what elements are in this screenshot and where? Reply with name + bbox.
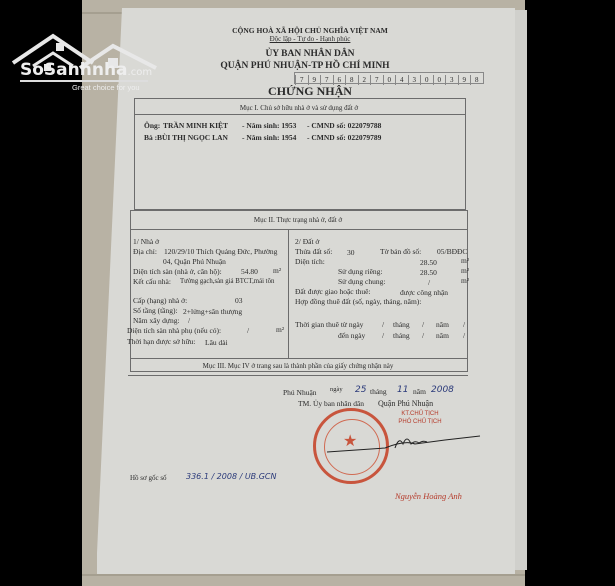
shared-use-label: Sử dụng chung:	[338, 277, 385, 286]
district-name: Quận Phú Nhuận	[378, 399, 433, 408]
serial-digit: 8	[470, 75, 483, 85]
map-label: Tờ bản đồ số:	[380, 247, 421, 256]
allocation-label: Đất được giao hoặc thuê:	[295, 287, 371, 296]
divider	[130, 229, 468, 230]
land-area-value: 28.50	[420, 258, 437, 267]
brand-domain: .com	[128, 67, 153, 78]
month-value: 11	[397, 385, 408, 395]
day-label: ngày	[330, 386, 343, 393]
place: Phú Nhuận	[283, 388, 317, 397]
owner-id-number: - CMND số: 022079789	[307, 133, 381, 142]
column-divider	[288, 230, 289, 358]
blank-value: /	[422, 331, 424, 340]
serial-digit: 0	[433, 75, 446, 85]
floor-area-value: 54.80	[241, 267, 258, 276]
serial-digit: 9	[458, 75, 471, 85]
owner-birth-year: - Năm sinh: 1954	[242, 133, 296, 142]
address-line1: 120/29/10 Thích Quảng Đức, Phường	[164, 247, 277, 256]
private-use-value: 28.50	[420, 268, 437, 277]
month-label: tháng	[370, 387, 387, 396]
map-value: 05/BĐĐC	[437, 247, 467, 256]
tile-grout	[82, 574, 525, 576]
blank-value: /	[463, 331, 465, 340]
signer-name: Nguyễn Hoàng Anh	[395, 491, 462, 501]
brand-name: SoSanhnha	[20, 60, 128, 80]
shared-use-value: /	[428, 278, 430, 287]
unit: m²	[461, 276, 469, 285]
unit: m²	[461, 256, 469, 265]
on-behalf: TM. Ủy ban nhân dân	[298, 399, 364, 408]
house-heading: 1/ Nhà ở	[133, 237, 159, 246]
authority: ỦY BAN NHÂN DÂN	[180, 49, 440, 59]
owner-name: TRẦN MINH KIỆT	[163, 121, 228, 130]
year-built-label: Năm xây dựng:	[133, 316, 180, 325]
unit: m²	[461, 266, 469, 275]
private-use-label: Sử dụng riêng:	[338, 267, 382, 276]
year-label: năm	[413, 387, 426, 396]
address-line2: 04, Quận Phú Nhuận	[163, 257, 226, 266]
divider	[130, 358, 468, 359]
motto: Độc lập - Tự do - Hạnh phúc	[180, 35, 440, 43]
allocation-value: được công nhận	[400, 288, 448, 297]
plot-label: Thửa đất số:	[295, 247, 332, 256]
floors-value: 2+lửng+sân thượng	[183, 307, 242, 316]
land-area-label: Diện tích:	[295, 257, 325, 266]
unit: m²	[273, 266, 281, 275]
floor-area-label: Diện tích sàn (nhà ở, căn hộ):	[133, 267, 222, 276]
record-number: 336.1 / 2008 / UB.GCN	[186, 472, 276, 481]
owner-prefix: Ông:	[144, 121, 160, 130]
structure-label: Kết cấu nhà:	[133, 277, 171, 286]
year-value: 2008	[431, 385, 454, 395]
ownership-term-value: Lâu dài	[205, 338, 228, 347]
owner-prefix: Bà :	[144, 133, 157, 142]
lease-contract-label: Hợp đồng thuê đất (số, ngày, tháng, năm)…	[295, 297, 421, 306]
nation-title: CỘNG HOÀ XÃ HỘI CHỦ NGHĨA VIỆT NAM	[180, 26, 440, 35]
structure-value: Tường gạch,sàn giả BTCT,mái tôn	[180, 278, 274, 285]
district-authority: QUẬN PHÚ NHUẬN-TP HỒ CHÍ MINH	[175, 61, 435, 71]
floors-label: Số tầng (tầng):	[133, 306, 178, 315]
aux-area-label: Diện tích sàn nhà phụ (nếu có):	[127, 326, 221, 335]
ownership-term-label: Thời hạn được sở hữu:	[127, 337, 195, 346]
logo-underline	[20, 80, 148, 82]
serial-digit: 3	[445, 75, 458, 85]
divider	[128, 375, 468, 376]
logo-tagline: Great choice for you	[72, 83, 140, 92]
lease-to-label: đến ngày	[338, 331, 365, 340]
serial-digit: 0	[420, 75, 433, 85]
role-line2: PHÓ CHỦ TỊCH	[380, 419, 460, 425]
year-label: năm	[436, 320, 449, 329]
lease-from-label: Thời gian thuê từ ngày	[295, 320, 363, 329]
divider	[134, 114, 466, 115]
unit: m²	[276, 325, 284, 334]
address-label: Địa chỉ:	[133, 247, 157, 256]
year-label: năm	[436, 331, 449, 340]
aux-area-value: /	[247, 326, 249, 335]
blank-value: /	[382, 320, 384, 329]
grade-value: 03	[235, 296, 243, 305]
blank-value: /	[422, 320, 424, 329]
section1-title: Mục I. Chủ sở hữu nhà ở và sử dụng đất ở	[134, 104, 464, 112]
role-line1: KT.CHỦ TỊCH	[380, 411, 460, 417]
owner-id-number: - CMND số: 022079788	[307, 121, 381, 130]
blank-value: /	[382, 331, 384, 340]
certificate-title: CHỨNG NHẬN	[200, 84, 420, 99]
section2-title: Mục II. Thực trạng nhà ở, đất ở	[130, 216, 466, 224]
serial-number: 797682704300398	[294, 72, 484, 84]
logo-brand: SoSanhnha.com	[20, 60, 152, 80]
owner-birth-year: - Năm sinh: 1953	[242, 121, 296, 130]
record-label: Hồ sơ gốc số	[130, 474, 167, 482]
section3-note: Mục III. Mục IV ở trang sau là thành phầ…	[130, 362, 466, 370]
month-label: tháng	[393, 320, 410, 329]
day-value: 25	[355, 385, 366, 395]
blank-value: /	[463, 320, 465, 329]
year-built-value: /	[188, 316, 190, 325]
grade-label: Cấp (hạng) nhà ở:	[133, 296, 187, 305]
signature-scribble	[325, 430, 485, 460]
owner-name: BÙI THỊ NGỌC LAN	[157, 133, 228, 142]
land-heading: 2/ Đất ở	[295, 237, 319, 246]
plot-value: 30	[347, 248, 355, 257]
month-label: tháng	[393, 331, 410, 340]
